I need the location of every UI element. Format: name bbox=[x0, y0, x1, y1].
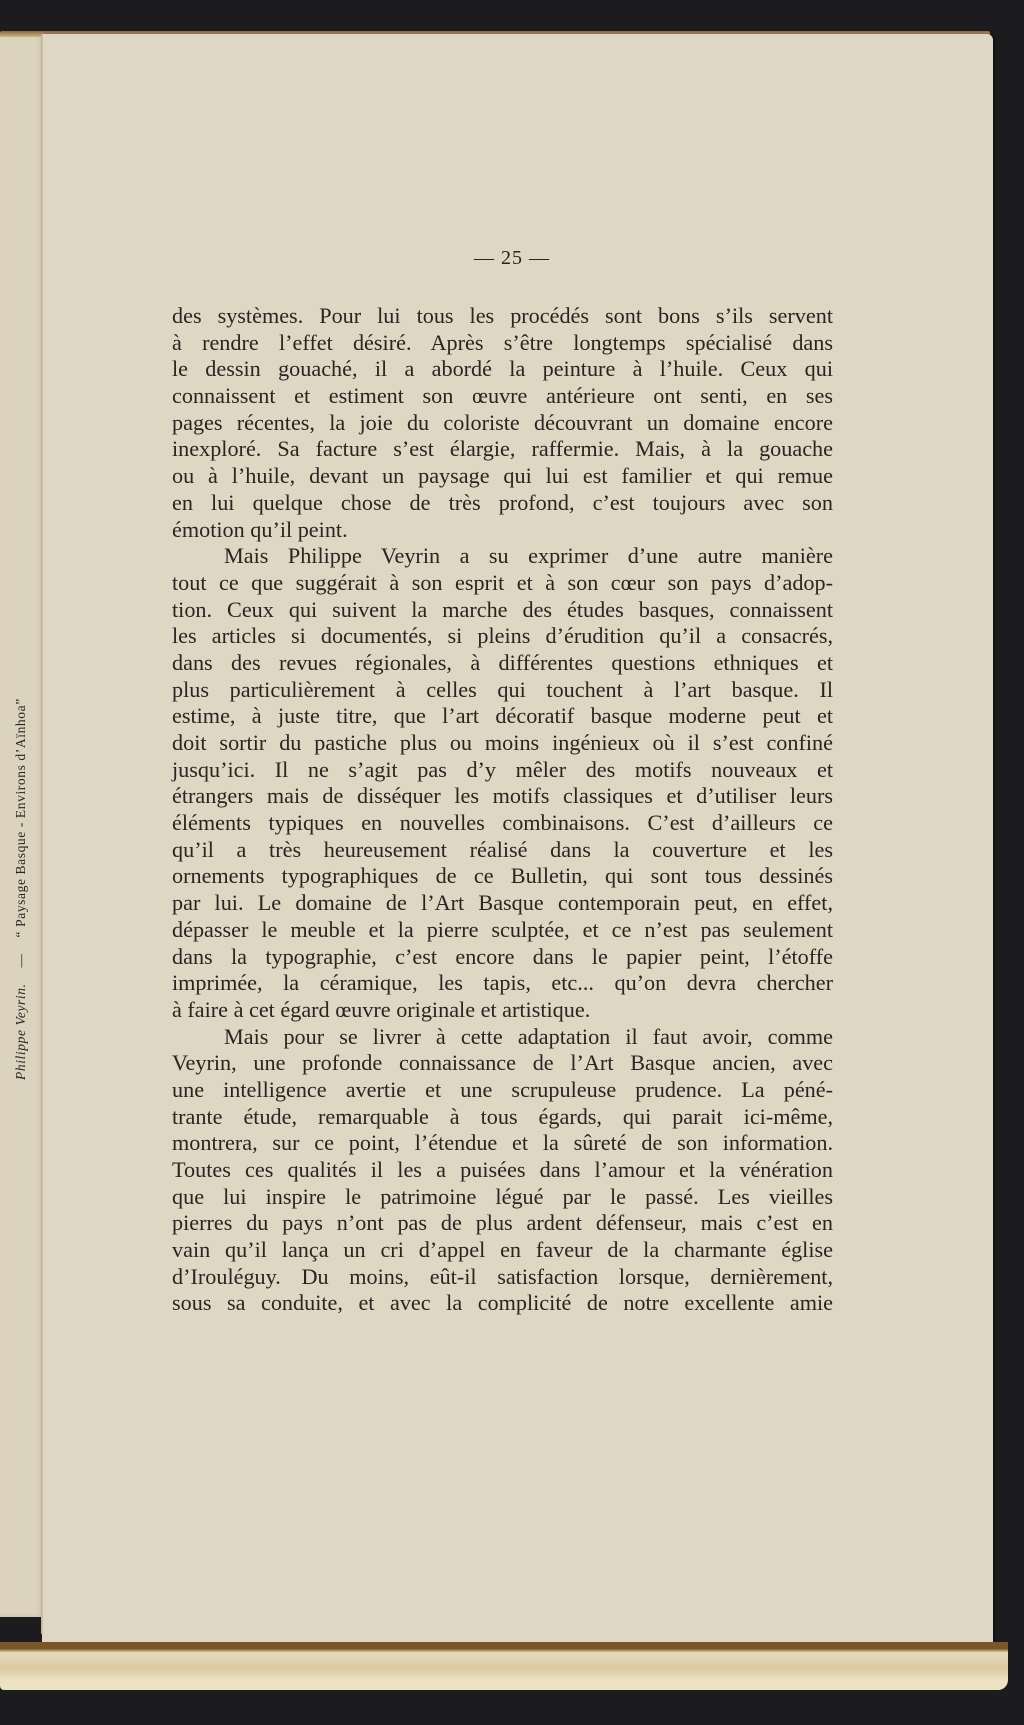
caption-artist: Philippe Veyrin. bbox=[13, 983, 28, 1080]
text-line: Toutes ces qualités il les a puisées dan… bbox=[172, 1157, 833, 1184]
text-line: dans la typographie, c’est encore dans l… bbox=[172, 944, 833, 971]
text-line: vain qu’il lança un cri d’appel en faveu… bbox=[172, 1237, 833, 1264]
text-line: que lui inspire le patrimoine légué par … bbox=[172, 1184, 833, 1211]
text-line: une intelligence avertie et une scrupule… bbox=[172, 1077, 833, 1104]
caption-separator: — bbox=[13, 941, 28, 979]
text-line: dans des revues régionales, à différente… bbox=[172, 650, 833, 677]
text-line: Mais Philippe Veyrin a su exprimer d’une… bbox=[172, 543, 833, 570]
text-line: éléments typiques en nouvelles combinais… bbox=[172, 810, 833, 837]
text-line: Veyrin, une profonde connaissance de l’A… bbox=[172, 1050, 833, 1077]
page-number: — 25 — bbox=[0, 247, 1024, 270]
text-line: plus particulièrement à celles qui touch… bbox=[172, 677, 833, 704]
text-line: Mais pour se livrer à cette adaptation i… bbox=[172, 1024, 833, 1051]
text-line: ou à l’huile, devant un paysage qui lui … bbox=[172, 463, 833, 490]
text-line: imprimée, la céramique, les tapis, etc..… bbox=[172, 970, 833, 997]
text-line: pierres du pays n’ont pas de plus ardent… bbox=[172, 1210, 833, 1237]
text-line: estime, à juste titre, que l’art décorat… bbox=[172, 703, 833, 730]
text-line: connaissent et estiment son œuvre antéri… bbox=[172, 383, 833, 410]
text-line: étrangers mais de disséquer les motifs c… bbox=[172, 783, 833, 810]
text-line: jusqu’ici. Il ne s’agit pas d’y mêler de… bbox=[172, 757, 833, 784]
page-fold bbox=[41, 34, 44, 1634]
text-line: émotion qu’il peint. bbox=[172, 517, 833, 544]
plate-caption: Philippe Veyrin. — “ Paysage Basque - En… bbox=[13, 698, 29, 1080]
text-line: doit sortir du pastiche plus ou moins in… bbox=[172, 730, 833, 757]
text-line: ornements typographiques de ce Bulletin,… bbox=[172, 863, 833, 890]
text-line: trante étude, remarquable à tous égards,… bbox=[172, 1104, 833, 1131]
text-line: pages récentes, la joie du coloriste déc… bbox=[172, 410, 833, 437]
text-line: tout ce que suggérait à son esprit et à … bbox=[172, 570, 833, 597]
text-line: en lui quelque chose de très profond, c’… bbox=[172, 490, 833, 517]
text-line: tion. Ceux qui suivent la marche des étu… bbox=[172, 597, 833, 624]
text-line: montrera, sur ce point, l’étendue et la … bbox=[172, 1130, 833, 1157]
text-line: d’Irouléguy. Du moins, eût-il satisfacti… bbox=[172, 1264, 833, 1291]
text-line: qu’il a très heureusement réalisé dans l… bbox=[172, 837, 833, 864]
body-text: des systèmes. Pour lui tous les procédés… bbox=[172, 303, 833, 1317]
text-line: le dessin gouaché, il a abordé la peintu… bbox=[172, 356, 833, 383]
text-line: les articles si documentés, si pleins d’… bbox=[172, 623, 833, 650]
text-line: sous sa conduite, et avec la complicité … bbox=[172, 1290, 833, 1317]
text-line: inexploré. Sa facture s’est élargie, raf… bbox=[172, 436, 833, 463]
text-line: des systèmes. Pour lui tous les procédés… bbox=[172, 303, 833, 330]
text-line: par lui. Le domaine de l’Art Basque cont… bbox=[172, 890, 833, 917]
text-line: à faire à cet égard œuvre originale et a… bbox=[172, 997, 833, 1024]
caption-title: “ Paysage Basque - Environs d’Aïnhoa” bbox=[13, 698, 28, 937]
text-line: à rendre l’effet désiré. Après s’être lo… bbox=[172, 330, 833, 357]
text-line: dépasser le meuble et la pierre sculptée… bbox=[172, 917, 833, 944]
page-bottom-edge bbox=[0, 1642, 1008, 1690]
